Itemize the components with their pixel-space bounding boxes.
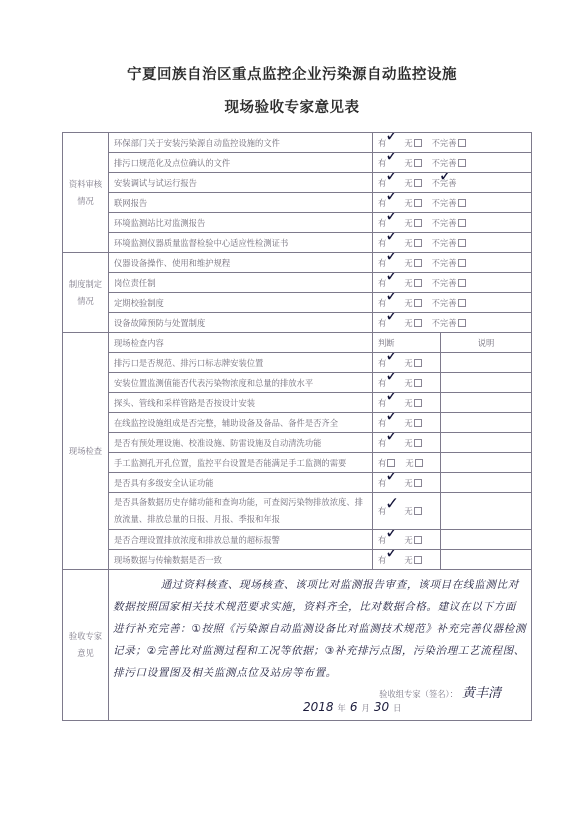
option-no[interactable]: 无: [404, 397, 421, 409]
checkbox-icon: [458, 259, 466, 267]
option-no-label: 无: [404, 218, 412, 228]
remark-cell[interactable]: [441, 530, 532, 550]
option-incomplete[interactable]: 不完善: [432, 157, 466, 169]
option-incomplete[interactable]: 不完善✓: [432, 177, 465, 189]
checkmark-icon: ✓: [385, 273, 399, 285]
option-no-label: 无: [405, 458, 413, 468]
option-no[interactable]: 无: [404, 257, 421, 269]
checkbox-icon: [458, 319, 466, 327]
item-text: 环保部门关于安装污染源自动监控设施的文件: [109, 133, 373, 153]
checkmark-icon: ✓: [385, 313, 399, 325]
checkmark-icon: ✓: [385, 233, 399, 245]
checkmark-icon: ✓: [385, 353, 399, 365]
checkbox-icon: [414, 199, 422, 207]
option-no[interactable]: 无: [404, 534, 421, 546]
option-no[interactable]: 无: [404, 217, 421, 229]
options-cell: 有✓无: [373, 353, 441, 373]
table-row: 联网报告有✓无不完善: [63, 193, 532, 213]
item-text: 探头、管线和采样管路是否按设计安装: [109, 393, 373, 413]
section-label-onsite-check: 现场检查: [63, 333, 109, 570]
checkmark-icon: ✓: [385, 293, 399, 305]
checkmark-icon: ✓: [439, 173, 453, 185]
option-no-label: 无: [404, 238, 412, 248]
checkbox-icon: [414, 536, 422, 544]
options-cell: 有✓无: [373, 473, 441, 493]
options-cell: 有✓无不完善: [373, 193, 532, 213]
option-incomplete[interactable]: 不完善: [432, 297, 466, 309]
document-title: 宁夏回族自治区重点监控企业污染源自动监控设施: [0, 63, 584, 84]
table-row: 是否具备数据历史存储功能和查询功能，可查阅污染物排放浓度、排放流量、排放总量的日…: [63, 493, 532, 530]
remark-cell[interactable]: [441, 373, 532, 393]
option-no-label: 无: [404, 418, 412, 428]
checkbox-icon: [458, 299, 466, 307]
option-incomplete-label: 不完善: [432, 258, 457, 268]
checkmark-icon: ✓: [385, 173, 399, 185]
option-yes[interactable]: 有✓: [378, 377, 394, 389]
option-no-label: 无: [404, 378, 412, 388]
checkbox-icon: [414, 159, 422, 167]
remark-cell[interactable]: [441, 413, 532, 433]
item-text: 设备故障预防与处置制度: [109, 313, 373, 333]
options-cell: 有✓无不完善✓: [373, 173, 532, 193]
checkbox-icon: [414, 299, 422, 307]
option-yes[interactable]: 有✓: [378, 277, 394, 289]
option-no[interactable]: 无: [404, 437, 421, 449]
date-day: 30: [374, 700, 389, 714]
option-incomplete[interactable]: 不完善: [432, 317, 466, 329]
option-incomplete-label: 不完善: [432, 298, 457, 308]
header-content: 现场检查内容: [109, 333, 373, 353]
table-row: 安装位置监测值能否代表污染物浓度和总量的排放水平有✓无: [63, 373, 532, 393]
options-cell: 有✓无: [373, 393, 441, 413]
item-text: 手工监测孔开孔位置，监控平台设置是否能满足手工监测的需要: [109, 453, 373, 473]
item-text: 是否具有多级安全认证功能: [109, 473, 373, 493]
checkbox-icon: [414, 507, 422, 515]
item-text: 是否合理设置排放浓度和排放总量的超标报警: [109, 530, 373, 550]
table-row: 是否具有多级安全认证功能有✓无: [63, 473, 532, 493]
option-yes[interactable]: 有✓: [378, 534, 394, 546]
checkbox-icon: [414, 479, 422, 487]
option-incomplete[interactable]: 不完善: [432, 197, 466, 209]
checkmark-icon: ✓: [385, 496, 399, 513]
table-row: 排污口是否规范、排污口标志牌安装位置有✓无: [63, 353, 532, 373]
remark-cell[interactable]: [441, 433, 532, 453]
option-yes[interactable]: 有✓: [378, 157, 394, 169]
options-cell: 有✓无: [373, 373, 441, 393]
option-no[interactable]: 无: [404, 417, 421, 429]
option-yes[interactable]: 有✓: [378, 397, 394, 409]
checkbox-icon: [458, 199, 466, 207]
option-no[interactable]: 无: [404, 137, 421, 149]
checkmark-icon: ✓: [385, 153, 399, 165]
checkbox-icon: [414, 379, 422, 387]
option-incomplete-label: 不完善: [432, 278, 457, 288]
option-no[interactable]: 无: [404, 197, 421, 209]
option-no-label: 无: [404, 478, 412, 488]
options-cell: 有无: [373, 453, 441, 473]
option-yes[interactable]: 有✓: [378, 257, 394, 269]
checkbox-icon: [414, 219, 422, 227]
options-cell: 有✓无: [373, 413, 441, 433]
checkbox-icon: [414, 556, 422, 564]
checkbox-icon: [415, 459, 423, 467]
option-no-label: 无: [404, 555, 412, 565]
option-yes[interactable]: 有✓: [378, 137, 394, 149]
options-cell: 有✓无: [373, 493, 441, 530]
item-text: 现场数据与传输数据是否一致: [109, 550, 373, 570]
signature-line: 验收组专家（签名）：黄丰清: [379, 682, 501, 701]
table-row: 探头、管线和采样管路是否按设计安装有✓无: [63, 393, 532, 413]
option-yes[interactable]: 有✓: [378, 417, 394, 429]
table-row: 现场数据与传输数据是否一致有✓无: [63, 550, 532, 570]
option-no[interactable]: 无: [405, 457, 422, 469]
option-no[interactable]: 无: [404, 297, 421, 309]
option-incomplete[interactable]: 不完善: [432, 277, 466, 289]
checkbox-icon: [414, 179, 422, 187]
options-cell: 有✓无不完善: [373, 133, 532, 153]
option-yes[interactable]: 有✓: [378, 197, 394, 209]
checkmark-icon: ✓: [385, 393, 399, 405]
table-row: 手工监测孔开孔位置，监控平台设置是否能满足手工监测的需要有无: [63, 453, 532, 473]
item-text: 是否具备数据历史存储功能和查询功能，可查阅污染物排放浓度、排放流量、排放总量的日…: [109, 493, 373, 530]
date-line: 2018年6月30日: [299, 700, 401, 714]
option-no[interactable]: 无: [404, 477, 421, 489]
option-yes[interactable]: 有✓: [378, 357, 394, 369]
option-incomplete-label: 不完善: [432, 318, 457, 328]
checkbox-icon: [458, 159, 466, 167]
expert-opinion-row: 验收专家意见通过资料核查、现场核查、该项比对监测报告审查，该项目在线监测比对数据…: [63, 570, 532, 721]
option-no-label: 无: [404, 278, 412, 288]
date-month: 6: [350, 700, 358, 714]
option-no[interactable]: 无: [404, 317, 421, 329]
option-no-label: 无: [404, 198, 412, 208]
table-row: 是否有预处理设施、校准设施、防雷设施及自动清洗功能有✓无: [63, 433, 532, 453]
item-text: 排污口是否规范、排污口标志牌安装位置: [109, 353, 373, 373]
table-row: 是否合理设置排放浓度和排放总量的超标报警有✓无: [63, 530, 532, 550]
checkmark-icon: ✓: [385, 473, 399, 485]
option-no-label: 无: [404, 398, 412, 408]
option-yes[interactable]: 有✓: [378, 437, 394, 449]
item-text: 环境监测站比对监测报告: [109, 213, 373, 233]
table-row: 资料审核情况环保部门关于安装污染源自动监控设施的文件有✓无不完善: [63, 133, 532, 153]
option-incomplete[interactable]: 不完善: [432, 257, 466, 269]
option-no-label: 无: [404, 358, 412, 368]
remark-cell[interactable]: [441, 493, 532, 530]
remark-cell[interactable]: [441, 473, 532, 493]
item-text: 安装位置监测值能否代表污染物浓度和总量的排放水平: [109, 373, 373, 393]
table-row: 排污口规范化及点位确认的文件有✓无不完善: [63, 153, 532, 173]
signature: 黄丰清: [462, 686, 501, 701]
option-yes[interactable]: 有✓: [378, 237, 394, 249]
option-no[interactable]: 无: [404, 157, 421, 169]
item-text: 定期校验制度: [109, 293, 373, 313]
option-no[interactable]: 无: [404, 277, 421, 289]
option-incomplete-label: 不完善: [432, 198, 457, 208]
checkbox-icon: [458, 139, 466, 147]
option-no[interactable]: 无: [404, 377, 421, 389]
checkmark-icon: ✓: [385, 413, 399, 425]
checkmark-icon: ✓: [385, 133, 399, 145]
item-text: 岗位责任制: [109, 273, 373, 293]
option-no-label: 无: [404, 138, 412, 148]
item-text: 安装调试与试运行报告: [109, 173, 373, 193]
table-row: 制度制定情况仪器设备操作、使用和维护规程有✓无不完善: [63, 253, 532, 273]
day-label: 日: [393, 703, 401, 713]
option-no-label: 无: [404, 258, 412, 268]
item-text: 是否有预处理设施、校准设施、防雷设施及自动清洗功能: [109, 433, 373, 453]
checkbox-icon: [414, 439, 422, 447]
options-cell: 有✓无: [373, 550, 441, 570]
date-year: 2018: [303, 700, 334, 714]
remark-cell[interactable]: [441, 550, 532, 570]
handwritten-opinion: 通过资料核查、现场核查、该项比对监测报告审查，该项目在线监测比对数据按照国家相关…: [113, 574, 527, 684]
option-incomplete[interactable]: 不完善: [432, 217, 466, 229]
option-yes[interactable]: 有✓: [378, 505, 394, 517]
option-incomplete-label: 不完善: [432, 138, 457, 148]
item-text: 在线监控设施组成是否完整，辅助设备及备品、备件是否齐全: [109, 413, 373, 433]
option-yes[interactable]: 有✓: [378, 554, 394, 566]
option-no-label: 无: [404, 158, 412, 168]
section-label-system-setup: 制度制定情况: [63, 253, 109, 333]
table-row: 在线监控设施组成是否完整，辅助设备及备品、备件是否齐全有✓无: [63, 413, 532, 433]
checkbox-icon: [414, 359, 422, 367]
checkmark-icon: ✓: [385, 550, 399, 562]
table-row: 安装调试与试运行报告有✓无不完善✓: [63, 173, 532, 193]
checkmark-icon: ✓: [385, 433, 399, 445]
checkbox-icon: [414, 319, 422, 327]
option-yes[interactable]: 有✓: [378, 217, 394, 229]
option-no[interactable]: 无: [404, 237, 421, 249]
checkbox-icon: [414, 139, 422, 147]
option-incomplete[interactable]: 不完善: [432, 137, 466, 149]
header-judgement: 判断: [373, 333, 441, 353]
year-label: 年: [338, 703, 346, 713]
option-no[interactable]: 无: [404, 505, 421, 517]
item-text: 联网报告: [109, 193, 373, 213]
checkbox-icon: [414, 239, 422, 247]
option-incomplete-label: 不完善: [432, 218, 457, 228]
checkbox-icon: [414, 399, 422, 407]
table-row: 环境监测站比对监测报告有✓无不完善: [63, 213, 532, 233]
options-cell: 有✓无不完善: [373, 153, 532, 173]
checkmark-icon: ✓: [385, 530, 399, 542]
section-label-document-review: 资料审核情况: [63, 133, 109, 253]
option-yes[interactable]: 有✓: [378, 177, 394, 189]
checkmark-icon: ✓: [385, 253, 399, 265]
option-no-label: 无: [404, 178, 412, 188]
option-yes[interactable]: 有: [378, 457, 395, 469]
checkmark-icon: ✓: [385, 213, 399, 225]
option-no-label: 无: [404, 298, 412, 308]
option-no-label: 无: [404, 438, 412, 448]
checkmark-icon: ✓: [385, 193, 399, 205]
header-remark: 说明: [441, 333, 532, 353]
item-text: 仪器设备操作、使用和维护规程: [109, 253, 373, 273]
option-incomplete-label: 不完善: [432, 158, 457, 168]
option-incomplete-label: 不完善: [432, 238, 457, 248]
option-no[interactable]: 无: [404, 177, 421, 189]
options-cell: 有✓无不完善: [373, 273, 532, 293]
checkmark-icon: ✓: [385, 373, 399, 385]
section-label-expert-opinion: 验收专家意见: [63, 570, 109, 721]
checkbox-icon: [458, 279, 466, 287]
option-no-label: 无: [404, 506, 412, 516]
option-incomplete[interactable]: 不完善: [432, 237, 466, 249]
remark-cell[interactable]: [441, 353, 532, 373]
remark-cell[interactable]: [441, 453, 532, 473]
remark-cell[interactable]: [441, 393, 532, 413]
options-cell: 有✓无不完善: [373, 233, 532, 253]
table-row: 定期校验制度有✓无不完善: [63, 293, 532, 313]
option-yes-label: 有: [378, 458, 386, 468]
checkbox-icon: [458, 219, 466, 227]
checkbox-icon: [414, 419, 422, 427]
table-row: 岗位责任制有✓无不完善: [63, 273, 532, 293]
item-text: 环境监测仪器质量监督检验中心适应性检测证书: [109, 233, 373, 253]
options-cell: 有✓无不完善: [373, 213, 532, 233]
options-cell: 有✓无: [373, 530, 441, 550]
table-row: 环境监测仪器质量监督检验中心适应性检测证书有✓无不完善: [63, 233, 532, 253]
acceptance-form-table: 资料审核情况环保部门关于安装污染源自动监控设施的文件有✓无不完善排污口规范化及点…: [62, 132, 532, 721]
checkbox-icon: [387, 459, 395, 467]
option-yes[interactable]: 有✓: [378, 317, 394, 329]
checkbox-icon: [414, 259, 422, 267]
options-cell: 有✓无不完善: [373, 253, 532, 273]
option-no-label: 无: [404, 535, 412, 545]
table-row: 设备故障预防与处置制度有✓无不完善: [63, 313, 532, 333]
option-yes[interactable]: 有✓: [378, 477, 394, 489]
options-cell: 有✓无不完善: [373, 293, 532, 313]
options-cell: 有✓无: [373, 433, 441, 453]
option-no[interactable]: 无: [404, 554, 421, 566]
checkbox-icon: [458, 239, 466, 247]
document-subtitle: 现场验收专家意见表: [0, 96, 584, 117]
options-cell: 有✓无不完善: [373, 313, 532, 333]
month-label: 月: [362, 703, 370, 713]
option-yes[interactable]: 有✓: [378, 297, 394, 309]
option-no[interactable]: 无: [404, 357, 421, 369]
expert-opinion-cell[interactable]: 通过资料核查、现场核查、该项比对监测报告审查，该项目在线监测比对数据按照国家相关…: [109, 570, 532, 721]
item-text: 排污口规范化及点位确认的文件: [109, 153, 373, 173]
table-header-row: 现场检查现场检查内容判断说明: [63, 333, 532, 353]
option-no-label: 无: [404, 318, 412, 328]
checkbox-icon: [414, 279, 422, 287]
signature-label: 验收组专家（签名）：: [379, 689, 458, 699]
